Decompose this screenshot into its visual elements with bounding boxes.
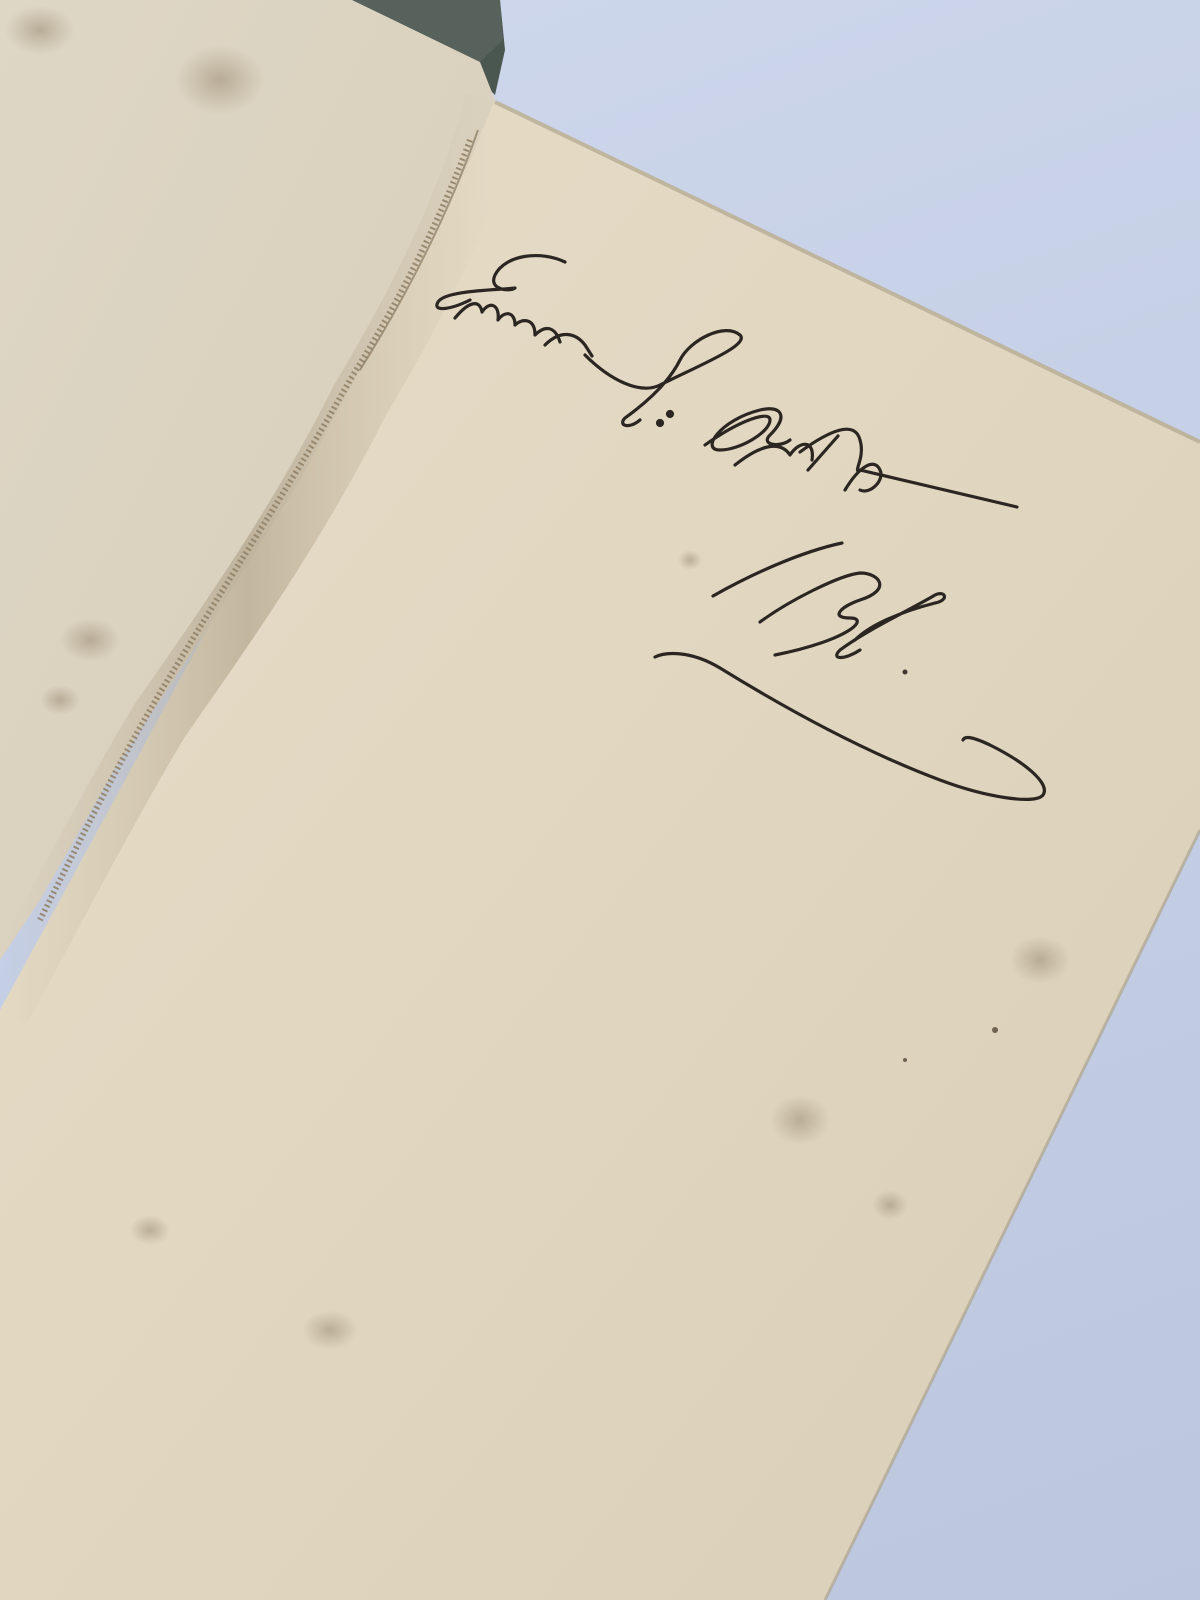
photo-scene: Edward R. Ashton 1838 bbox=[0, 0, 1200, 1600]
book-illustration bbox=[0, 0, 1200, 1600]
